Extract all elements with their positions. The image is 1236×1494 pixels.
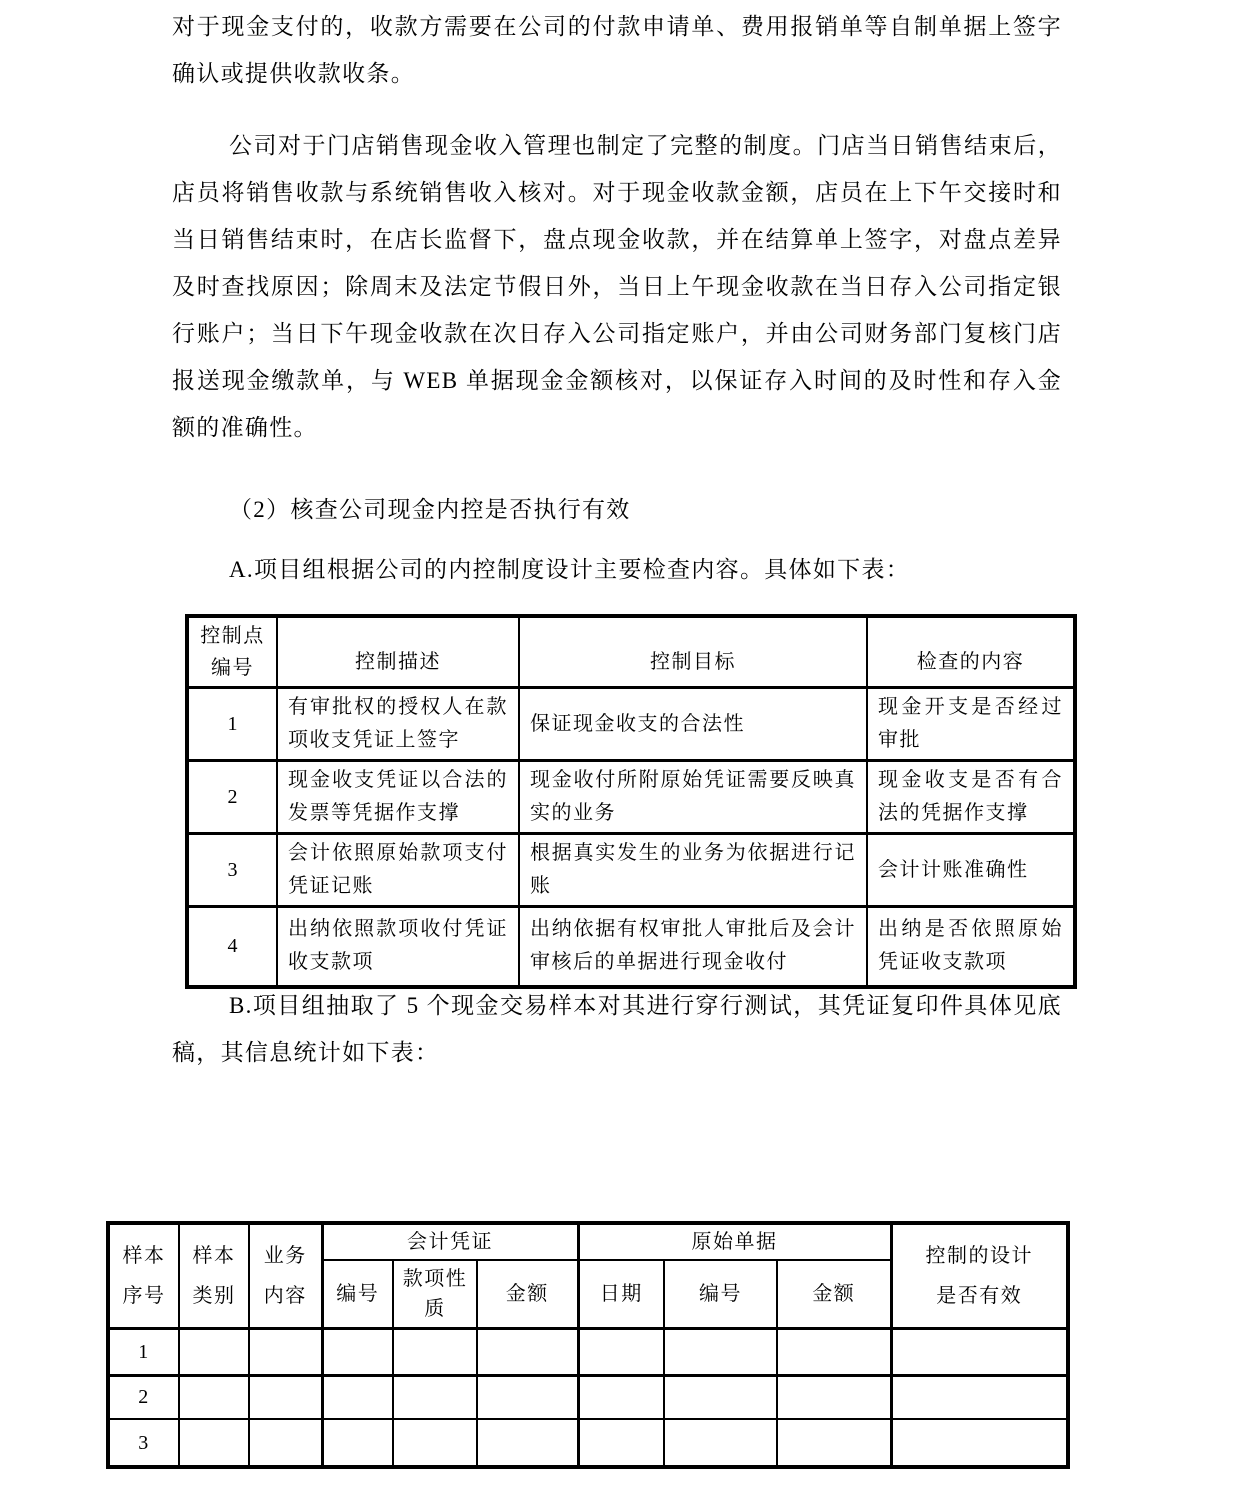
t2-cell <box>777 1375 891 1419</box>
t2-cell <box>179 1375 249 1419</box>
t2-cell <box>578 1419 664 1467</box>
t2-header-voucher-no: 编号 <box>322 1260 393 1328</box>
t2-cell <box>664 1375 777 1419</box>
t2-cell <box>249 1375 322 1419</box>
paragraph-cash-payment: 对于现金支付的，收款方需要在公司的付款申请单、费用报销单等自制单据上签字确认或提… <box>172 3 1062 97</box>
t2-header-business-content: 业务 内容 <box>249 1223 322 1328</box>
t1-cell-no: 2 <box>187 761 277 834</box>
t1-cell-target: 保证现金收支的合法性 <box>519 688 867 761</box>
t1-cell-target: 根据真实发生的业务为依据进行记账 <box>519 834 867 907</box>
t2-header-orig-no: 编号 <box>664 1260 777 1328</box>
t1-cell-check: 现金收支是否有合法的凭据作支撑 <box>867 761 1075 834</box>
t1-cell-check: 出纳是否依照原始凭证收支款项 <box>867 907 1075 987</box>
t2-cell <box>664 1419 777 1467</box>
t2-cell <box>179 1419 249 1467</box>
document-page: 对于现金支付的，收款方需要在公司的付款申请单、费用报销单等自制单据上签字确认或提… <box>0 0 1236 1494</box>
table-row: 4 出纳依照款项收付凭证收支款项 出纳依据有权审批人审批后及会计审核后的单据进行… <box>187 907 1075 987</box>
t2-cell <box>891 1419 1068 1467</box>
t2-row-no: 3 <box>108 1419 179 1467</box>
t1-cell-check: 现金开支是否经过审批 <box>867 688 1075 761</box>
t2-header-control-design-valid: 控制的设计 是否有效 <box>891 1223 1068 1328</box>
t2-cell <box>322 1419 393 1467</box>
t1-cell-description: 会计依照原始款项支付凭证记账 <box>277 834 519 907</box>
table-row: 2 <box>108 1375 1068 1419</box>
t2-row-no: 2 <box>108 1375 179 1419</box>
t1-cell-description: 有审批权的授权人在款项收支凭证上签字 <box>277 688 519 761</box>
t2-cell <box>322 1328 393 1375</box>
t2-cell <box>891 1328 1068 1375</box>
t2-cell <box>322 1375 393 1419</box>
table-row: 1 有审批权的授权人在款项收支凭证上签字 保证现金收支的合法性 现金开支是否经过… <box>187 688 1075 761</box>
t2-header-sample-no: 样本 序号 <box>108 1223 179 1328</box>
t2-cell <box>664 1328 777 1375</box>
paragraph-store-cash-policy: 公司对于门店销售现金收入管理也制定了完整的制度。门店当日销售结束后，店员将销售收… <box>172 122 1062 451</box>
sample-test-table: 样本 序号 样本 类别 业务 内容 会计凭证 原始单据 控制的设计 是否有效 编… <box>106 1221 1070 1469</box>
t2-header-orig-date: 日期 <box>578 1260 664 1328</box>
t2-group-original-document: 原始单据 <box>578 1223 891 1260</box>
table-group-header-row: 样本 序号 样本 类别 业务 内容 会计凭证 原始单据 控制的设计 是否有效 <box>108 1223 1068 1260</box>
t2-cell <box>179 1328 249 1375</box>
t1-cell-no: 4 <box>187 907 277 987</box>
table-header-row: 控制点 编号 控制描述 控制目标 检查的内容 <box>187 616 1075 688</box>
t2-header-payment-nature: 款项性 质 <box>393 1260 477 1328</box>
t2-cell <box>777 1419 891 1467</box>
t2-row-no: 1 <box>108 1328 179 1375</box>
t1-cell-no: 1 <box>187 688 277 761</box>
t1-header-check-content: 检查的内容 <box>867 616 1075 688</box>
heading-section-2: （2）核查公司现金内控是否执行有效 <box>172 486 1062 533</box>
table-row: 3 会计依照原始款项支付凭证记账 根据真实发生的业务为依据进行记账 会计计账准确… <box>187 834 1075 907</box>
t2-cell <box>777 1328 891 1375</box>
paragraph-section-b: B.项目组抽取了 5 个现金交易样本对其进行穿行测试，其凭证复印件具体见底稿，其… <box>172 982 1062 1076</box>
t1-header-control-description: 控制描述 <box>277 616 519 688</box>
t1-cell-target: 现金收付所附原始凭证需要反映真实的业务 <box>519 761 867 834</box>
t2-cell <box>578 1375 664 1419</box>
t2-header-orig-amount: 金额 <box>777 1260 891 1328</box>
t2-cell <box>477 1328 578 1375</box>
t1-cell-check: 会计计账准确性 <box>867 834 1075 907</box>
t1-cell-target: 出纳依据有权审批人审批后及会计审核后的单据进行现金收付 <box>519 907 867 987</box>
t1-cell-description: 现金收支凭证以合法的发票等凭据作支撑 <box>277 761 519 834</box>
t2-group-accounting-voucher: 会计凭证 <box>322 1223 578 1260</box>
t1-header-control-point-no: 控制点 编号 <box>187 616 277 688</box>
t2-cell <box>578 1328 664 1375</box>
t2-header-voucher-amount: 金额 <box>477 1260 578 1328</box>
t2-cell <box>249 1328 322 1375</box>
t1-cell-description: 出纳依照款项收付凭证收支款项 <box>277 907 519 987</box>
table-row: 1 <box>108 1328 1068 1375</box>
t2-cell <box>891 1375 1068 1419</box>
table-row: 3 <box>108 1419 1068 1467</box>
t2-cell <box>477 1375 578 1419</box>
t1-header-control-target: 控制目标 <box>519 616 867 688</box>
t2-cell <box>393 1375 477 1419</box>
t2-cell <box>477 1419 578 1467</box>
t2-cell <box>393 1419 477 1467</box>
t2-header-sample-type: 样本 类别 <box>179 1223 249 1328</box>
control-points-table: 控制点 编号 控制描述 控制目标 检查的内容 1 有审批权的授权人在款项收支凭证… <box>185 614 1077 989</box>
t1-cell-no: 3 <box>187 834 277 907</box>
t2-cell <box>249 1419 322 1467</box>
line-section-a: A.项目组根据公司的内控制度设计主要检查内容。具体如下表： <box>172 546 1062 593</box>
t2-cell <box>393 1328 477 1375</box>
table-row: 2 现金收支凭证以合法的发票等凭据作支撑 现金收付所附原始凭证需要反映真实的业务… <box>187 761 1075 834</box>
